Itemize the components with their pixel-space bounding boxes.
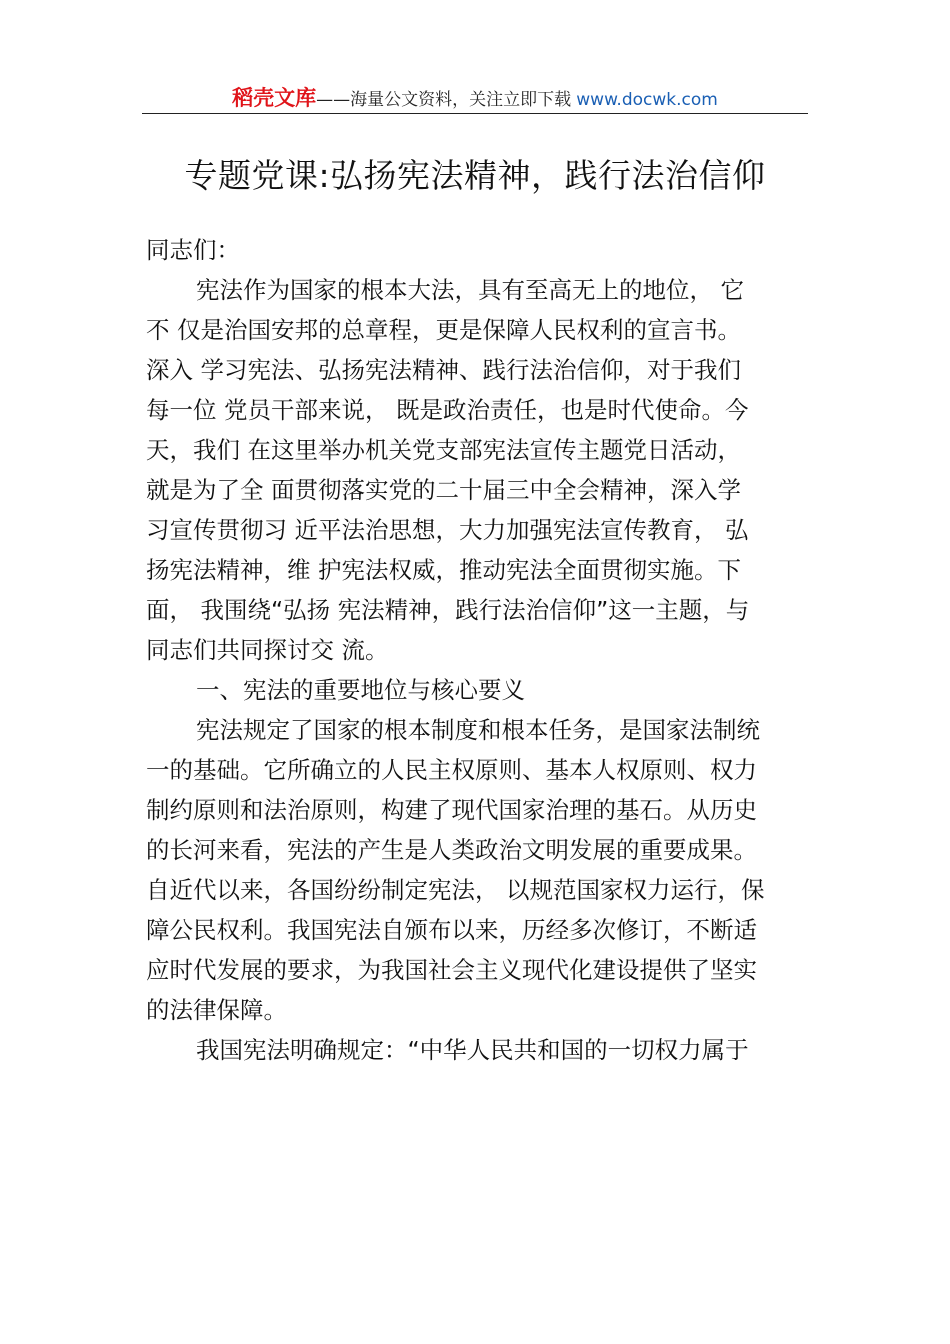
text-line: 深入 学习宪法、弘扬宪法精神、践行法治信仰，对于我们	[146, 350, 808, 390]
text-line: 宪法作为国家的根本大法，具有至高无上的地位， 它	[146, 270, 808, 310]
document-title: 专题党课:弘扬宪法精神，践行法治信仰	[142, 150, 808, 197]
header-divider	[142, 113, 808, 114]
text-line: 的长河来看，宪法的产生是人类政治文明发展的重要成果。	[146, 830, 808, 870]
text-line: 一的基础。它所确立的人民主权原则、基本人权原则、权力	[146, 750, 808, 790]
text-line: 的法律保障。	[146, 990, 808, 1030]
text-line: 同志们共同探讨交 流。	[146, 630, 808, 670]
text-line: 天，我们 在这里举办机关党支部宪法宣传主题党日活动，	[146, 430, 808, 470]
header-tagline: ——海量公文资料，关注立即下载	[316, 90, 571, 110]
text-line: 习宣传贯彻习 近平法治思想，大力加强宪法宣传教育， 弘	[146, 510, 808, 550]
section-heading: 一、宪法的重要地位与核心要义	[146, 670, 808, 710]
text-line: 就是为了全 面贯彻落实党的二十届三中全会精神，深入学	[146, 470, 808, 510]
text-line: 宪法规定了国家的根本制度和根本任务，是国家法制统	[146, 710, 808, 750]
brand-logo-text: 稻壳文库	[232, 86, 316, 110]
text-line: 障公民权利。我国宪法自颁布以来，历经多次修订，不断适	[146, 910, 808, 950]
site-link[interactable]: www.docwk.com	[576, 90, 718, 110]
paragraph-intro: 宪法作为国家的根本大法，具有至高无上的地位， 它 不 仅是治国安邦的总章程，更是…	[146, 270, 808, 670]
text-line: 自近代以来，各国纷纷制定宪法， 以规范国家权力运行，保	[146, 870, 808, 910]
text-line: 应时代发展的要求，为我国社会主义现代化建设提供了坚实	[146, 950, 808, 990]
text-line: 扬宪法精神，维 护宪法权威，推动宪法全面贯彻实施。下	[146, 550, 808, 590]
text-line: 不 仅是治国安邦的总章程，更是保障人民权利的宣言书。	[146, 310, 808, 350]
paragraph-section-1: 宪法规定了国家的根本制度和根本任务，是国家法制统 一的基础。它所确立的人民主权原…	[146, 710, 808, 1030]
site-header: 稻壳文库——海量公文资料，关注立即下载 www.docwk.com	[142, 82, 808, 114]
text-line: 我国宪法明确规定：“中华人民共和国的一切权力属于	[146, 1030, 808, 1070]
document-body: 同志们： 宪法作为国家的根本大法，具有至高无上的地位， 它 不 仅是治国安邦的总…	[146, 230, 808, 1070]
text-line: 面， 我围绕“弘扬 宪法精神，践行法治信仰”这一主题，与	[146, 590, 808, 630]
text-line: 制约原则和法治原则，构建了现代国家治理的基石。从历史	[146, 790, 808, 830]
text-line: 每一位 党员干部来说， 既是政治责任，也是时代使命。今	[146, 390, 808, 430]
greeting: 同志们：	[146, 230, 808, 270]
